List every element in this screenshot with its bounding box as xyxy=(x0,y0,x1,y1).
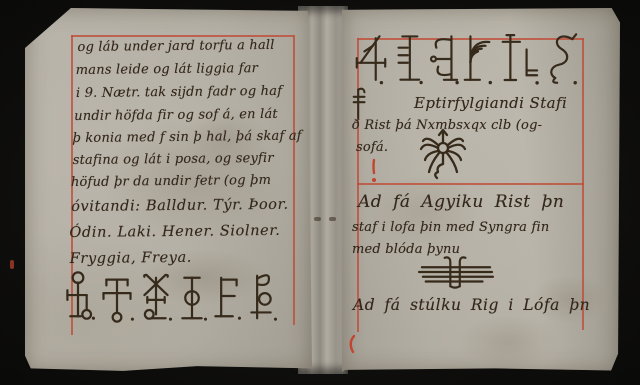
god-names-line: óvitandi: Balldur. Týr. Þoor. xyxy=(71,197,289,215)
slashed-four-stave-icon xyxy=(353,30,389,88)
section-divider-rule xyxy=(357,183,584,185)
curled-x-stave-icon xyxy=(139,270,173,324)
manuscript-line: i 9. Nætr. tak sijdn fadr og haf xyxy=(76,84,282,101)
ticked-i-stave-icon xyxy=(391,30,423,88)
reversed-e-stave-icon xyxy=(425,30,459,88)
manuscript-line: höfud þr da undir fetr (og þm xyxy=(71,173,271,190)
double-bar-t-stave-icon xyxy=(99,270,135,324)
right-page: Eptirfylgiandi Stafi ð Rist þá Nxmbsxqx … xyxy=(342,8,620,372)
manuscript-line: þ konia med f sin þ hal, þá skaf af xyxy=(72,129,301,146)
manuscript-line: undir höfda fir og sof á, en lát xyxy=(74,107,278,124)
curled-s-stave-icon xyxy=(541,30,579,88)
god-names-line: Ódin. Laki. Hener. Siolner. xyxy=(69,223,280,241)
curl-p-stave-icon xyxy=(245,270,277,324)
red-speck xyxy=(10,260,14,269)
left-page: og láb under jard torfu a hall mans leid… xyxy=(25,8,312,372)
gutter-mark xyxy=(314,217,321,221)
section2-heading: Ad fá Agyiku Rist þn xyxy=(358,192,564,212)
red-squiggle-mark xyxy=(346,334,358,356)
gutter-mark xyxy=(329,217,336,221)
red-exclamation-mark xyxy=(369,158,379,184)
manuscript-line: og láb under jard torfu a hall xyxy=(77,38,274,55)
ringed-i-stave-icon xyxy=(177,270,207,324)
section3-heading: Ad fá stúlku Rig i Lófa þn xyxy=(353,296,590,314)
spider-sigil-icon xyxy=(418,128,470,182)
cross-and-l-stave-icon xyxy=(497,30,539,88)
section1-line: sofá. xyxy=(356,140,388,155)
e-form-stave-icon xyxy=(211,270,241,324)
section1-heading: Eptirfylgiandi Stafi xyxy=(414,94,567,112)
manuscript-line: stafina og lát i posa, og seyfir xyxy=(73,151,274,168)
manuscript-line: mans leide og lát liggia far xyxy=(76,61,258,78)
header-rune-row xyxy=(353,30,579,88)
god-names-line: Fryggia, Freya. xyxy=(70,250,192,267)
section2-line: staf i lofa þin med Syngra fin xyxy=(352,220,549,235)
comb-sigil-icon xyxy=(416,254,496,290)
left-rune-row xyxy=(61,270,277,324)
arc-fan-stave-icon xyxy=(461,30,495,88)
ring-top-cross-stave-icon xyxy=(61,270,95,324)
manuscript-photo: og láb under jard torfu a hall mans leid… xyxy=(0,0,640,385)
double-bar-margin-stave-icon xyxy=(350,86,370,122)
